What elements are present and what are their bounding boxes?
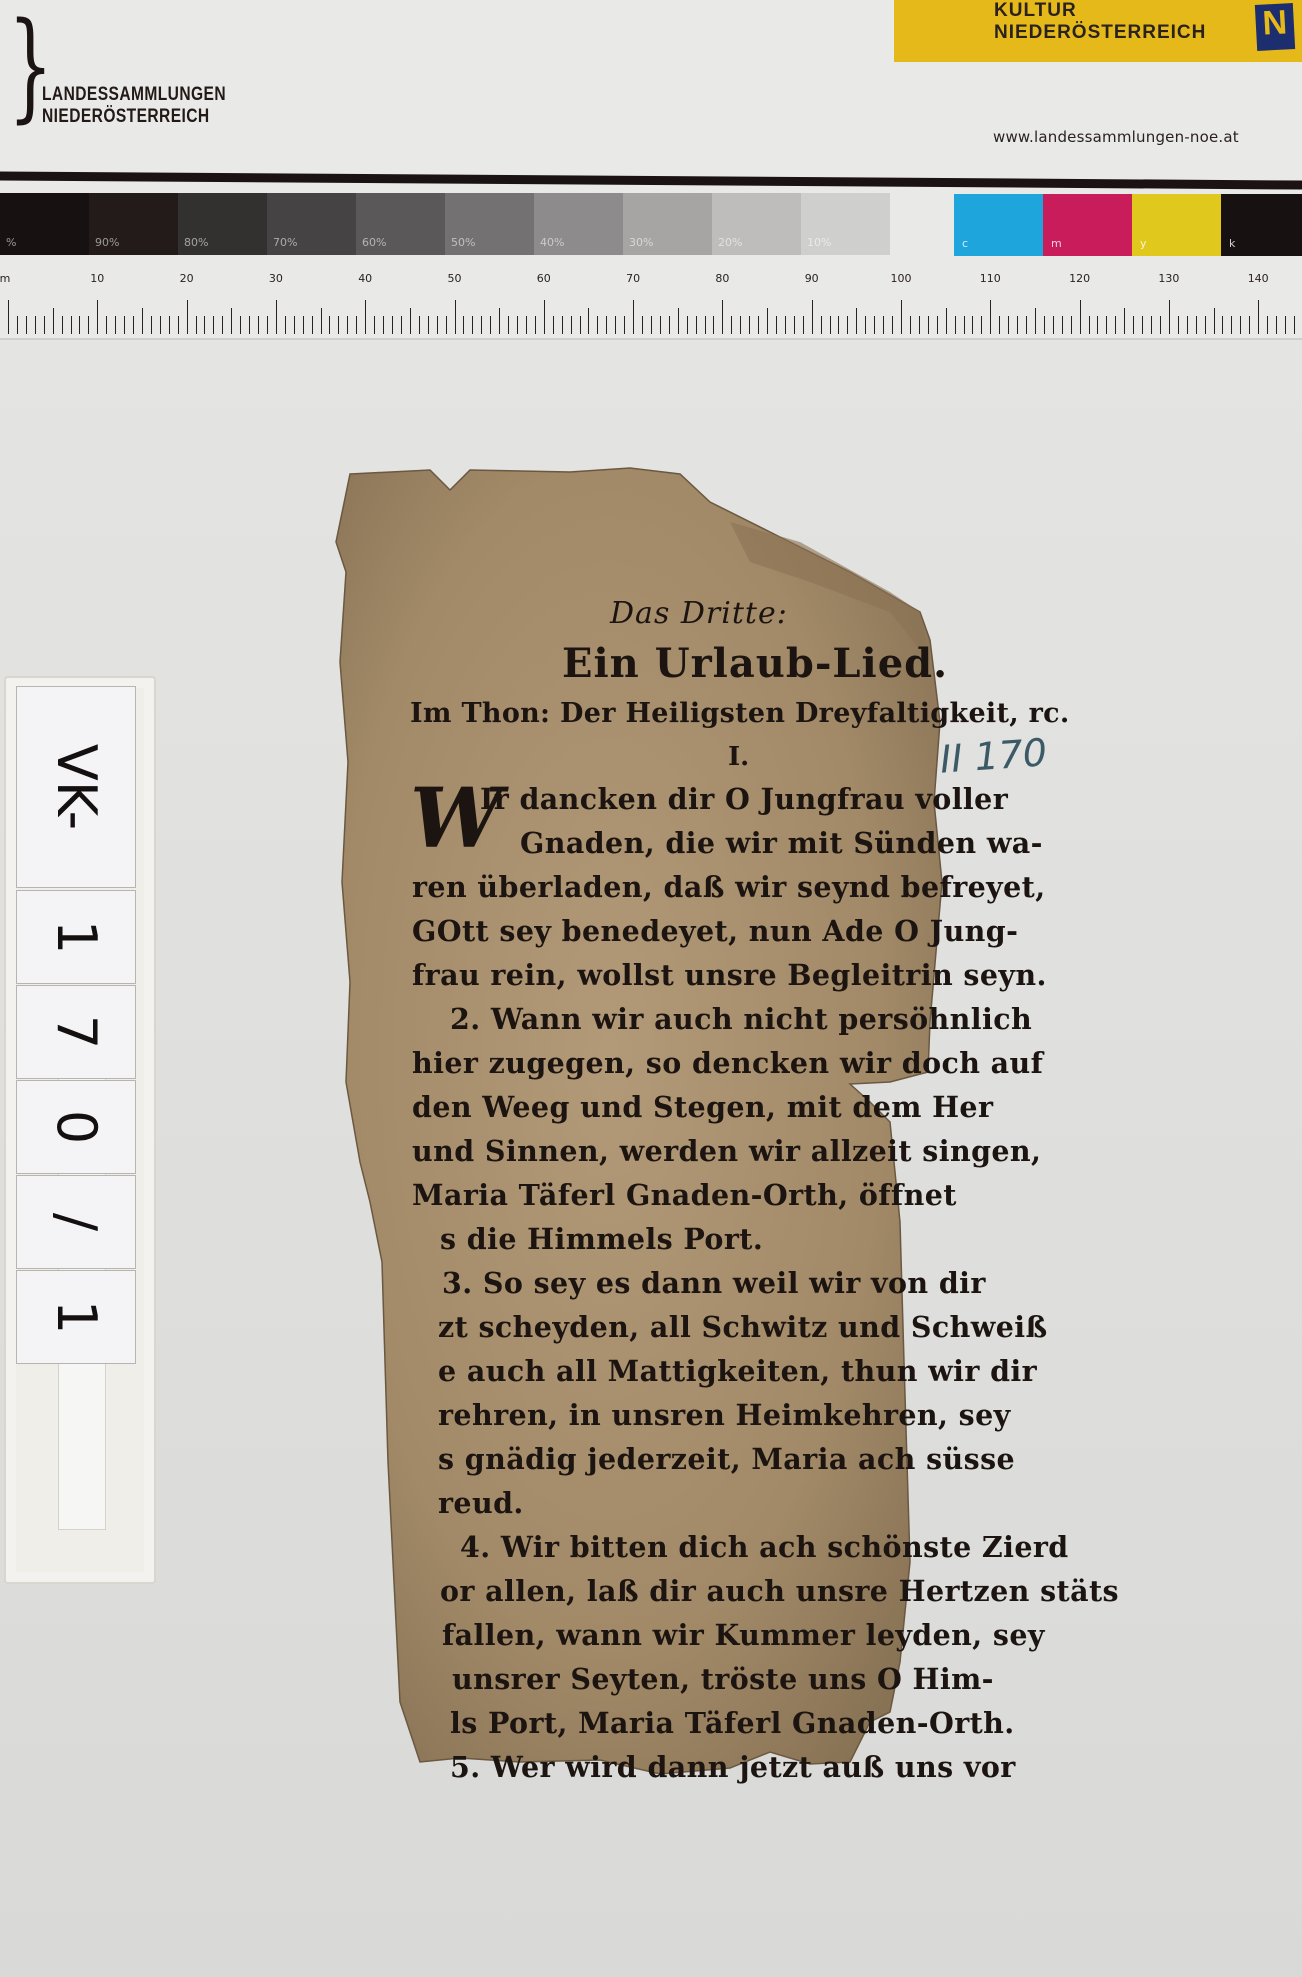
ruler-label: 110 [980,272,1001,285]
ruler-tick [740,316,741,334]
label-segment-digit: 1 [16,890,136,984]
ruler-tick [446,316,447,334]
ruler-tick [660,316,661,334]
ruler-unit: m [0,272,10,285]
gray-patch: 90% [89,193,178,255]
ruler-tick [160,316,161,334]
ruler-tick [151,316,152,334]
ruler-tick [133,316,134,334]
ruler-tick [437,316,438,334]
org-line-2: NIEDERÖSTERREICH [42,106,226,128]
ruler-tick [972,316,973,334]
ruler-tick [97,300,98,334]
ruler-label: 60 [537,272,551,285]
ruler-tick [785,316,786,334]
ruler-tick [231,308,232,334]
ruler-tick [1258,300,1259,334]
ruler-tick [553,316,554,334]
ruler-tick [463,316,464,334]
ruler-tick [651,316,652,334]
ruler-tick [794,316,795,334]
text-line: zt scheyden, all Schwitz und Schweiß [438,1310,1048,1344]
verse-number: I. [728,742,749,772]
label-segment-digit: 0 [16,1080,136,1174]
ruler-tick [731,316,732,334]
cmyk-strip: c m y k [954,194,1302,256]
ruler-tick [517,316,518,334]
ruler-tick [1249,316,1250,334]
yellow-patch: y [1132,194,1221,256]
ruler-tick [71,316,72,334]
ruler-tick [1231,316,1232,334]
ruler-tick [928,316,929,334]
ruler-tick [1017,316,1018,334]
ruler-tick [1294,316,1295,334]
ruler-tick [356,316,357,334]
ruler-label: 20 [180,272,194,285]
ruler-tick [44,316,45,334]
ruler-tick [204,316,205,334]
ruler-tick [1097,316,1098,334]
ruler-tick [419,316,420,334]
ruler-tick [79,316,80,334]
ruler-tick [347,316,348,334]
magenta-patch: m [1043,194,1132,256]
ruler-tick [312,316,313,334]
text-line: fallen, wann wir Kummer leyden, sey [442,1618,1045,1652]
text-line: hier zugegen, so dencken wir doch auf [412,1046,1043,1080]
ruler-tick [1035,308,1036,334]
text-line: 2. Wann wir auch nicht persöhnlich [450,1002,1032,1036]
gray-patch: 80% [178,193,267,255]
ruler-tick [580,316,581,334]
text-line: or allen, laß dir auch unsre Hertzen stä… [440,1574,1119,1608]
black-patch: k [1221,194,1302,256]
text-line: s gnädig jederzeit, Maria ach süsse [438,1442,1015,1476]
ruler-tick [758,316,759,334]
ruler-tick [1196,316,1197,334]
ruler-tick [571,316,572,334]
handwritten-inventory-mark: II 170 [939,730,1049,781]
ruler-tick [847,316,848,334]
org-logo-text: LANDESSAMMLUNGEN NIEDERÖSTERREICH [42,84,226,128]
ruler-tick [106,316,107,334]
ruler-tick [8,300,9,334]
ruler-tick [374,316,375,334]
ruler-tick [597,316,598,334]
text-line: frau rein, wollst unsre Begleitrin seyn. [412,958,1047,992]
label-segment-digit: 7 [16,985,136,1079]
ruler-tick [865,316,866,334]
text-line: und Sinnen, werden wir allzeit singen, [412,1134,1041,1168]
ruler-tick [1178,316,1179,334]
color-calibration-card: } LANDESSAMMLUNGEN NIEDERÖSTERREICH KULT… [0,0,1302,340]
ruler-tick [62,316,63,334]
ruler-label: 100 [891,272,912,285]
ruler-tick [285,316,286,334]
ruler-tick [115,316,116,334]
gray-patch: 10% [801,193,890,255]
ruler-tick [615,316,616,334]
ruler-tick [812,300,813,334]
ruler-tick [276,300,277,334]
ruler-tick [883,316,884,334]
ruler-tick [481,316,482,334]
ruler-tick [428,316,429,334]
ruler-tick [499,308,500,334]
ruler-tick [53,308,54,334]
ruler-tick [1071,316,1072,334]
ruler-label: 90 [805,272,819,285]
ruler-tick [946,308,947,334]
ruler-tick [365,300,366,334]
ruler-tick [401,316,402,334]
text-line: GOtt sey benedeyet, nun Ade O Jung- [412,914,1018,948]
ruler-tick [588,308,589,334]
gray-patch: 60% [356,193,445,255]
ruler-tick [1160,316,1161,334]
ruler-tick [1106,316,1107,334]
ruler-tick [1133,316,1134,334]
ruler-tick [213,316,214,334]
ruler-tick [544,300,545,334]
ruler-tick [329,316,330,334]
ruler-tick [562,316,563,334]
ruler-tick [535,316,536,334]
gray-patch: 70% [267,193,356,255]
ruler-tick [222,316,223,334]
ruler-tick [1142,316,1143,334]
ruler-tick [767,308,768,334]
ruler-tick [1267,316,1268,334]
ruler-tick [776,316,777,334]
ruler-tick [1026,316,1027,334]
gray-patch: 50% [445,193,534,255]
ruler-tick [35,316,36,334]
ruler-tick [919,316,920,334]
ruler-tick [669,316,670,334]
ruler-tick [1151,316,1152,334]
gray-patch: 30% [623,193,712,255]
ruler-tick [1169,300,1170,334]
ruler-tick [999,316,1000,334]
divider-stripe [0,171,1302,189]
brand-banner: KULTUR NIEDERÖSTERREICH N [894,0,1302,62]
ruler-label: 140 [1248,272,1269,285]
text-line: unsrer Seyten, tröste uns O Him- [452,1662,994,1696]
ruler-tick [1089,316,1090,334]
ruler-tick [249,316,250,334]
ruler-tick [472,316,473,334]
ruler-tick [1187,316,1188,334]
ruler-tick [1276,316,1277,334]
gray-patch: 40% [534,193,623,255]
text-line: reud. [438,1486,524,1520]
ruler-tick [1222,316,1223,334]
website-url: www.landessammlungen-noe.at [993,128,1239,146]
text-line: 5. Wer wird dann jetzt auß uns vor [450,1750,1016,1784]
ruler-tick [294,316,295,334]
ruler-tick [17,316,18,334]
ruler-tick [26,316,27,334]
ruler-label: 10 [90,272,104,285]
ruler-tick [803,316,804,334]
label-segment-slash: / [16,1175,136,1269]
gray-patch: 20% [712,193,801,255]
text-line: ren überladen, daß wir seynd befreyet, [412,870,1046,904]
ruler-tick [990,300,991,334]
ruler-tick [1115,316,1116,334]
gray-patch: % [0,193,89,255]
ruler-tick [687,316,688,334]
gray-scale-strip: % 90% 80% 70% 60% 50% 40% 30% 20% 10% [0,193,890,255]
ruler-tick [321,308,322,334]
org-line-1: LANDESSAMMLUNGEN [42,84,226,106]
ruler-tick [526,316,527,334]
text-line: s die Himmels Port. [440,1222,763,1256]
ruler-tick [821,316,822,334]
ruler-tick [1124,308,1125,334]
text-line: 3. So sey es dann weil wir von dir [442,1266,986,1300]
ruler-tick [1053,316,1054,334]
ruler-tick [1044,316,1045,334]
ruler-label: 40 [358,272,372,285]
ruler-tick [722,300,723,334]
ruler-tick [1062,316,1063,334]
ruler-tick [838,316,839,334]
ruler-tick [606,316,607,334]
ruler-label: 70 [626,272,640,285]
ruler-tick [267,316,268,334]
ruler-tick [196,316,197,334]
ruler-tick [124,316,125,334]
ruler-label: 130 [1158,272,1179,285]
ruler-tick [981,316,982,334]
melody-note: Im Thon: Der Heiligsten Dreyfaltigkeit, … [410,698,1070,729]
ruler-tick [187,300,188,334]
ruler-tick [901,300,902,334]
ruler-tick [1080,300,1081,334]
ruler-tick [830,316,831,334]
ruler-tick [937,316,938,334]
ruler-label: 120 [1069,272,1090,285]
text-line: ls Port, Maria Täferl Gnaden-Orth. [450,1706,1015,1740]
ruler-tick [410,308,411,334]
noe-n-logo-icon: N [1255,3,1295,51]
text-line: Gnaden, die wir mit Sünden wa- [520,826,1043,860]
ruler-tick [1214,308,1215,334]
ruler-tick [705,316,706,334]
ruler-label: 80 [715,272,729,285]
ruler-tick [856,308,857,334]
ruler-tick [508,316,509,334]
document-heading: Das Dritte: [610,596,788,631]
label-segment-prefix: VK- [16,686,136,888]
ruler-tick [633,300,634,334]
label-segment-digit: 1 [16,1270,136,1364]
ruler-tick [392,316,393,334]
ruler-tick [383,316,384,334]
text-line: 4. Wir bitten dich ach schönste Zierd [460,1530,1069,1564]
ruler-tick [240,316,241,334]
ruler-tick [169,316,170,334]
text-line: e auch all Mattigkeiten, thun wir dir [438,1354,1037,1388]
ruler-tick [258,316,259,334]
ruler-tick [303,316,304,334]
ruler-tick [874,316,875,334]
ruler-tick [338,316,339,334]
brand-line-2: NIEDERÖSTERREICH [994,22,1206,44]
document-fragment: Das Dritte: Ein Urlaub-Lied. Im Thon: De… [330,462,1170,1862]
text-line: Ir dancken dir O Jungfrau voller [480,782,1008,816]
ruler-tick [178,316,179,334]
text-line: Maria Täferl Gnaden-Orth, öffnet [412,1178,957,1212]
ruler-label: 50 [448,272,462,285]
ruler-tick [1008,316,1009,334]
ruler-tick [678,308,679,334]
ruler-tick [642,316,643,334]
ruler-tick [713,316,714,334]
ruler-tick [1205,316,1206,334]
ruler-tick [749,316,750,334]
ruler-tick [1240,316,1241,334]
ruler-tick [142,308,143,334]
ruler-tick [624,316,625,334]
brand-line-1: KULTUR [994,0,1206,22]
ruler-tick [964,316,965,334]
ruler-tick [955,316,956,334]
ruler-tick [696,316,697,334]
text-line: rehren, in unsren Heimkehren, sey [438,1398,1011,1432]
cyan-patch: c [954,194,1043,256]
ruler-tick [1285,316,1286,334]
mm-ruler: m 102030405060708090100110120130140 [0,268,1302,336]
song-title: Ein Urlaub-Lied. [562,640,948,687]
ruler-tick [88,316,89,334]
ruler-tick [892,316,893,334]
text-line: den Weeg und Stegen, mit dem Her [412,1090,993,1124]
ruler-tick [490,316,491,334]
ruler-label: 30 [269,272,283,285]
brand-text: KULTUR NIEDERÖSTERREICH [994,0,1206,44]
ruler-tick [455,300,456,334]
ruler-tick [910,316,911,334]
